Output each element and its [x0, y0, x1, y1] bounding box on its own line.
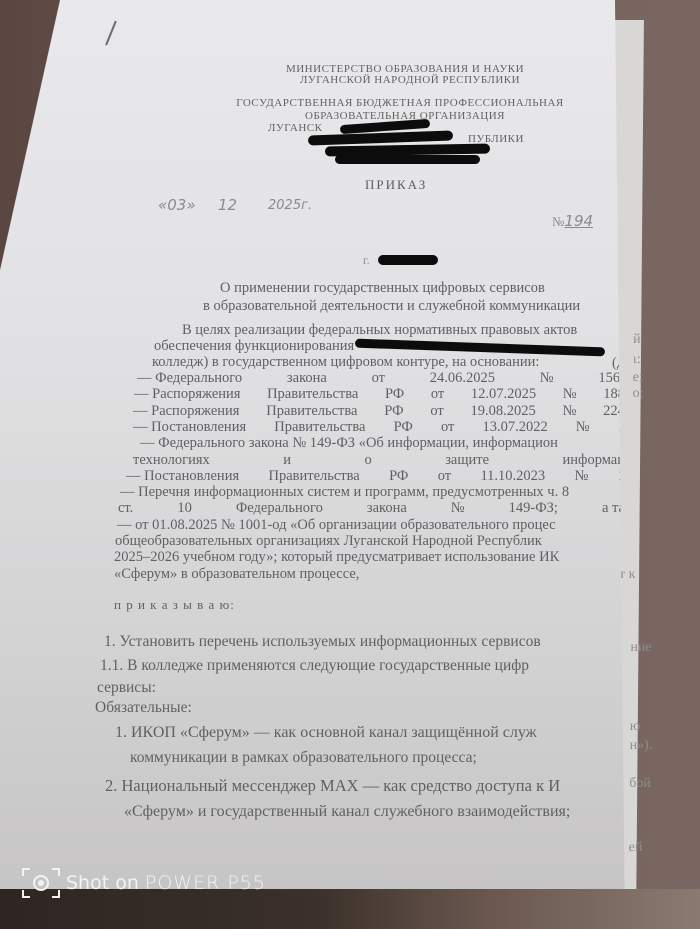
- basis-word: — Федерального: [137, 370, 242, 386]
- document-page: МИНИСТЕРСТВО ОБРАЗОВАНИЯ И НАУКИ ЛУГАНСК…: [0, 0, 640, 929]
- back-fragment: ю: [630, 719, 641, 735]
- basis-item: — Федерального закона № 149-ФЗ «Об инфор…: [140, 435, 625, 451]
- basis-item: технологияхиозащитеинформац: [133, 452, 625, 468]
- brand-label: POWER P55: [145, 872, 266, 894]
- basis-word: от: [372, 370, 385, 386]
- basis-item: — Федеральногозаконаот24.06.2025№156-: [137, 370, 625, 386]
- preamble-line-1: В целях реализации федеральных нормативн…: [182, 322, 612, 338]
- section-1-1: 1.1. В колледже применяются следующие го…: [100, 658, 620, 674]
- camera-watermark: Shot on POWER P55: [22, 868, 266, 898]
- basis-word: №: [576, 419, 590, 435]
- basis-item: — от 01.08.2025 № 1001-од «Об организаци…: [117, 517, 625, 533]
- basis-word: 2025–2026 учебном году»; который предусм…: [114, 549, 559, 565]
- basis-word: 13.07.2022: [482, 419, 547, 435]
- basis-word: общеобразовательных организациях Луганск…: [115, 533, 542, 549]
- basis-item: — Перечня информационных систем и програ…: [120, 484, 625, 500]
- basis-word: — Перечня информационных систем и програ…: [120, 484, 569, 500]
- basis-item: — ПостановленияПравительстваРФот13.07.20…: [133, 419, 625, 435]
- order-word: п р и к а з ы в а ю:: [114, 597, 235, 613]
- basis-word: №: [451, 500, 465, 516]
- basis-word: 10: [177, 500, 192, 516]
- basis-word: №: [575, 468, 589, 484]
- city-prefix: г.: [363, 253, 370, 268]
- basis-word: закона: [287, 370, 327, 386]
- number-label: №: [552, 214, 564, 229]
- mandatory-label: Обязательные:: [95, 700, 192, 716]
- preamble-line-2: обеспечения функционирования: [154, 338, 354, 354]
- item-1-line-2: коммуникации в рамках образовательного п…: [130, 750, 477, 766]
- basis-word: 24.06.2025: [430, 370, 495, 386]
- back-fragment: бой: [629, 776, 651, 792]
- basis-word: — Распоряжения: [133, 403, 239, 419]
- back-fragment: ей: [629, 840, 643, 856]
- date-year: 2025г.: [268, 198, 312, 213]
- number-value: 194: [564, 212, 593, 230]
- basis-word: Правительства: [268, 468, 359, 484]
- basis-word: Федерального: [236, 500, 323, 516]
- back-fragment: н»).: [630, 738, 653, 754]
- basis-word: 149-ФЗ;: [509, 500, 558, 516]
- document-type: ПРИКАЗ: [365, 177, 427, 193]
- basis-word: РФ: [384, 403, 403, 419]
- item-2-line-2: «Сферум» и государственный канал служебн…: [124, 804, 570, 820]
- basis-word: — Постановления: [126, 468, 239, 484]
- basis-item: 2025–2026 учебном году»; который предусм…: [114, 549, 625, 565]
- basis-word: 19.08.2025: [471, 403, 536, 419]
- basis-item: общеобразовательных организациях Луганск…: [115, 533, 625, 549]
- item-1-line-1: 1. ИКОП «Сферум» — как основной канал за…: [115, 725, 537, 741]
- back-fragment: ние: [630, 640, 651, 656]
- basis-word: РФ: [389, 468, 408, 484]
- basis-word: 11.10.2023: [480, 468, 545, 484]
- back-fragment: й: [633, 332, 641, 348]
- basis-word: Правительства: [274, 419, 365, 435]
- back-fragment: ι:: [633, 352, 641, 368]
- redaction-mark: [378, 255, 438, 265]
- basis-item: — РаспоряженияПравительстваРФот19.08.202…: [133, 403, 625, 419]
- basis-word: №: [563, 386, 577, 402]
- basis-word: и: [283, 452, 291, 468]
- camera-focus-icon: [22, 868, 60, 898]
- basis-word: защите: [445, 452, 489, 468]
- basis-word: №: [540, 370, 554, 386]
- subject-line-1: О применении государственных цифровых се…: [220, 280, 545, 296]
- basis-item: — ПостановленияПравительстваРФот11.10.20…: [126, 468, 625, 484]
- section-1: 1. Установить перечень используемых инфо…: [104, 634, 541, 650]
- basis-item: — РаспоряженияПравительстваРФот12.07.202…: [134, 386, 625, 402]
- basis-word: о: [364, 452, 371, 468]
- basis-word: от: [441, 419, 454, 435]
- basis-word: закона: [367, 500, 407, 516]
- date-month: 12: [218, 196, 237, 214]
- basis-word: информац: [563, 452, 625, 468]
- back-fragment: е;: [633, 370, 643, 386]
- basis-word: от: [431, 386, 444, 402]
- basis-word: №: [563, 403, 577, 419]
- date-day: «03»: [158, 196, 196, 214]
- basis-word: — Распоряжения: [134, 386, 240, 402]
- basis-word: от: [430, 403, 443, 419]
- basis-word: от: [438, 468, 451, 484]
- item-2-line-1: 2. Национальный мессенджер MAX — как сре…: [105, 778, 560, 794]
- back-fragment: т к: [619, 567, 636, 583]
- shot-on-label: Shot on: [66, 872, 139, 894]
- basis-word: Правительства: [267, 386, 358, 402]
- order-number: №194: [552, 212, 593, 230]
- basis-word: 12.07.2025: [471, 386, 536, 402]
- basis-item: ст.10Федеральногозакона№149-ФЗ;а та: [118, 500, 625, 516]
- basis-word: «Сферум» в образовательном процессе,: [114, 566, 359, 582]
- back-fragment: о;: [633, 386, 644, 402]
- basis-word: — Постановления: [133, 419, 246, 435]
- basis-word: РФ: [394, 419, 413, 435]
- basis-word: ст.: [118, 500, 133, 516]
- basis-word: технологиях: [133, 452, 210, 468]
- org-line-3-left: ЛУГАНСК: [268, 122, 348, 134]
- basis-word: Правительства: [266, 403, 357, 419]
- section-1-1-cont: сервисы:: [97, 680, 156, 696]
- basis-word: — от 01.08.2025 № 1001-од «Об организаци…: [117, 517, 556, 533]
- ministry-line-2: ЛУГАНСКОЙ НАРОДНОЙ РЕСПУБЛИКИ: [275, 74, 545, 86]
- subject-line-2: в образовательной деятельности и служебн…: [203, 298, 580, 314]
- org-line-1: ГОСУДАРСТВЕННАЯ БЮДЖЕТНАЯ ПРОФЕССИОНАЛЬН…: [215, 97, 585, 109]
- redaction-mark: [335, 155, 480, 164]
- basis-item: «Сферум» в образовательном процессе,: [114, 566, 625, 582]
- pen-mark: [105, 21, 117, 46]
- preamble-line-3: колледж) в государственном цифровом конт…: [152, 354, 539, 370]
- basis-word: РФ: [385, 386, 404, 402]
- basis-word: — Федерального закона № 149-ФЗ «Об инфор…: [140, 435, 558, 451]
